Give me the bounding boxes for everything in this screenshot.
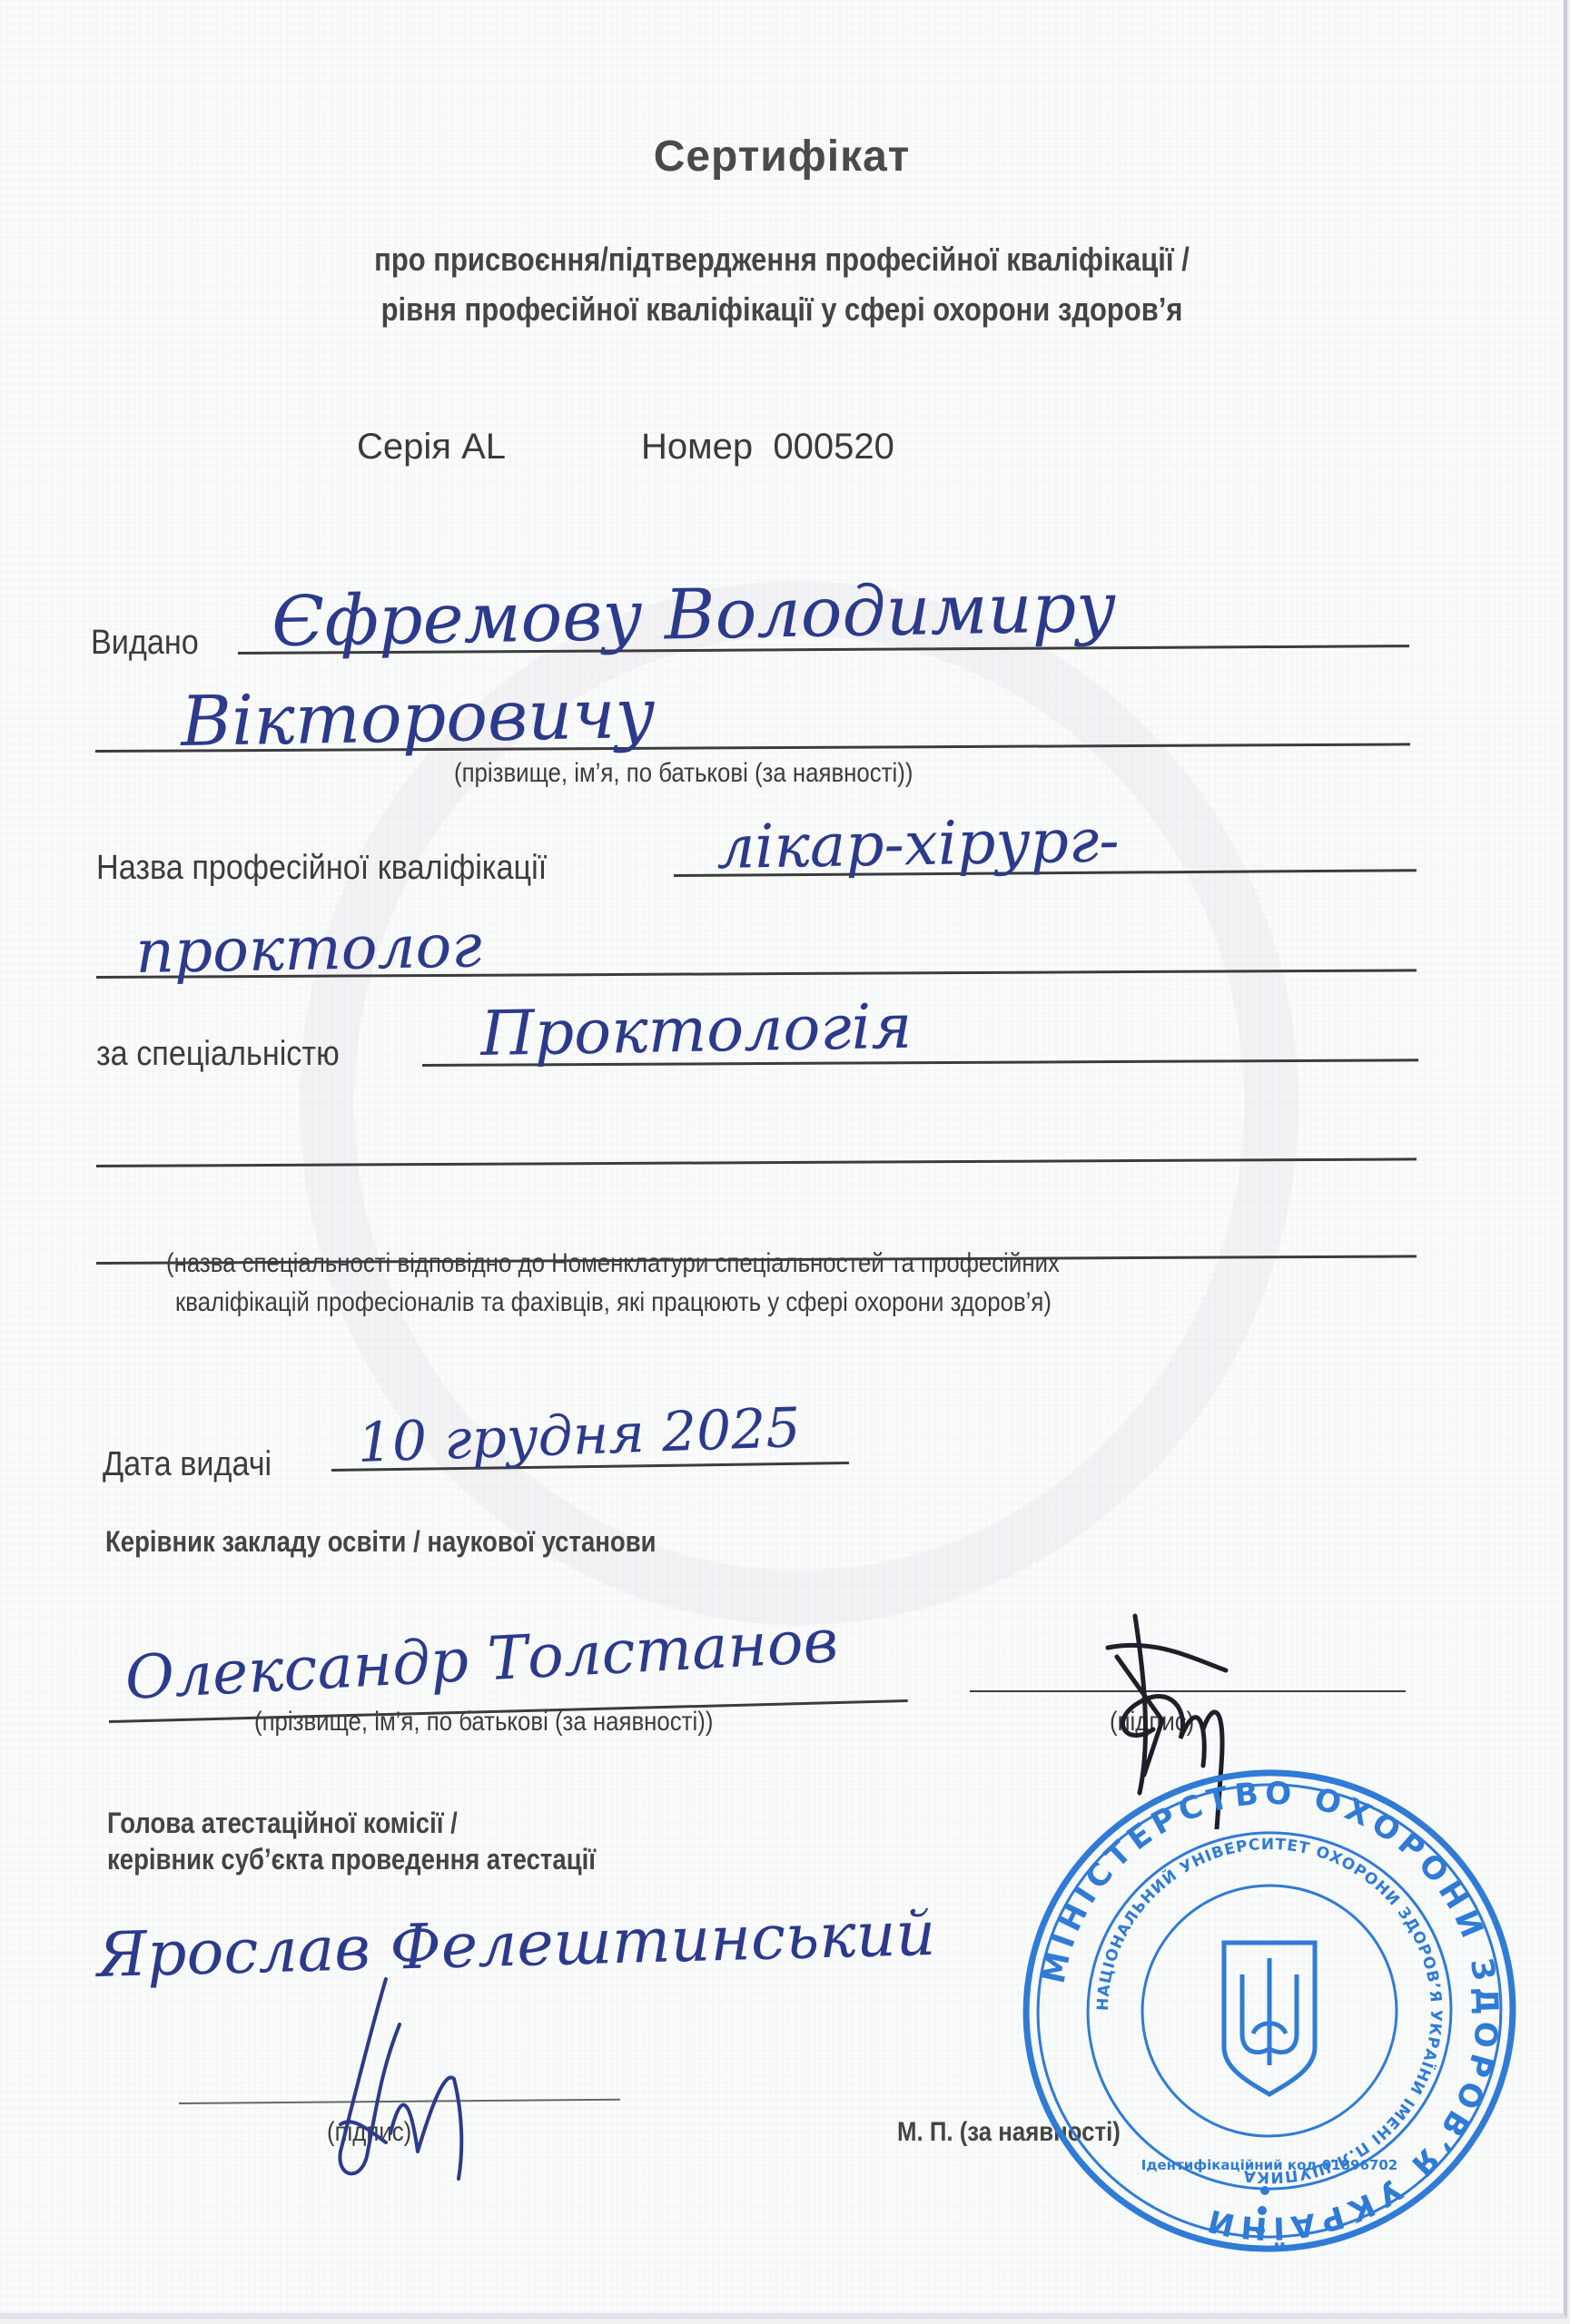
commission-head-title-line2: керівник суб’єкта проведення атестації (107, 1843, 596, 1876)
commission-signature-mark (300, 1970, 509, 2188)
specialty-caption-line2: кваліфікацій професіоналів та фахівців, … (175, 1287, 1052, 1318)
commission-head-handwritten-name: Ярослав Фелештинський (96, 1898, 936, 1992)
certificate-subtitle-line2: рівня професійної кваліфікації у сфері о… (110, 290, 1455, 329)
qualification-handwritten-line2: проктолог (135, 911, 483, 987)
number-label: Номер (641, 427, 753, 467)
issued-to-label: Видано (91, 624, 199, 663)
certificate-page: Сертифікат про присвоєння/підтвердження … (0, 0, 1567, 2319)
qualification-label: Назва професійної кваліфікації (96, 849, 547, 888)
issued-to-handwritten-line1: Єфремову Володимиру (271, 566, 1116, 662)
number-value: 000520 (773, 427, 894, 467)
specialty-handwritten-value: Проктологія (480, 991, 913, 1070)
series-label: Серія (357, 427, 451, 467)
qualification-handwritten-line1: лікар-хірург- (716, 805, 1120, 882)
series-field: Серія AL (357, 427, 506, 468)
head-handwritten-name: Олександр Толстанов (123, 1606, 840, 1713)
issued-to-handwritten-line2: Вікторовичу (180, 673, 656, 762)
number-field: Номер 000520 (641, 427, 894, 468)
commission-head-title-line1: Голова атестаційної комісії / (107, 1807, 458, 1840)
head-of-institution-title: Керівник закладу освіти / наукової устан… (105, 1525, 657, 1559)
trident-emblem-icon (1224, 1943, 1315, 2094)
issue-date-label: Дата видачі (103, 1445, 272, 1484)
seal-code-text: Ідентифікаційний код 01896702 (1141, 2157, 1397, 2173)
specialty-caption-line1: (назва спеціальності відповідно до Номен… (166, 1248, 1060, 1279)
issued-to-caption: (прізвище, ім’я, по батькові (за наявнос… (454, 758, 913, 789)
specialty-label: за спеціальністю (96, 1035, 340, 1074)
certificate-subtitle-line1: про присвоєння/підтвердження професійної… (110, 241, 1455, 279)
series-value: AL (461, 427, 506, 467)
official-seal: МІНІСТЕРСТВО ОХОРОНИ ЗДОРОВ’Я УКРАЇНИ НА… (1015, 1757, 1524, 2265)
certificate-title: Сертифікат (0, 132, 1564, 182)
head-name-caption: (прізвище, ім’я, по батькові (за наявнос… (254, 1707, 713, 1738)
